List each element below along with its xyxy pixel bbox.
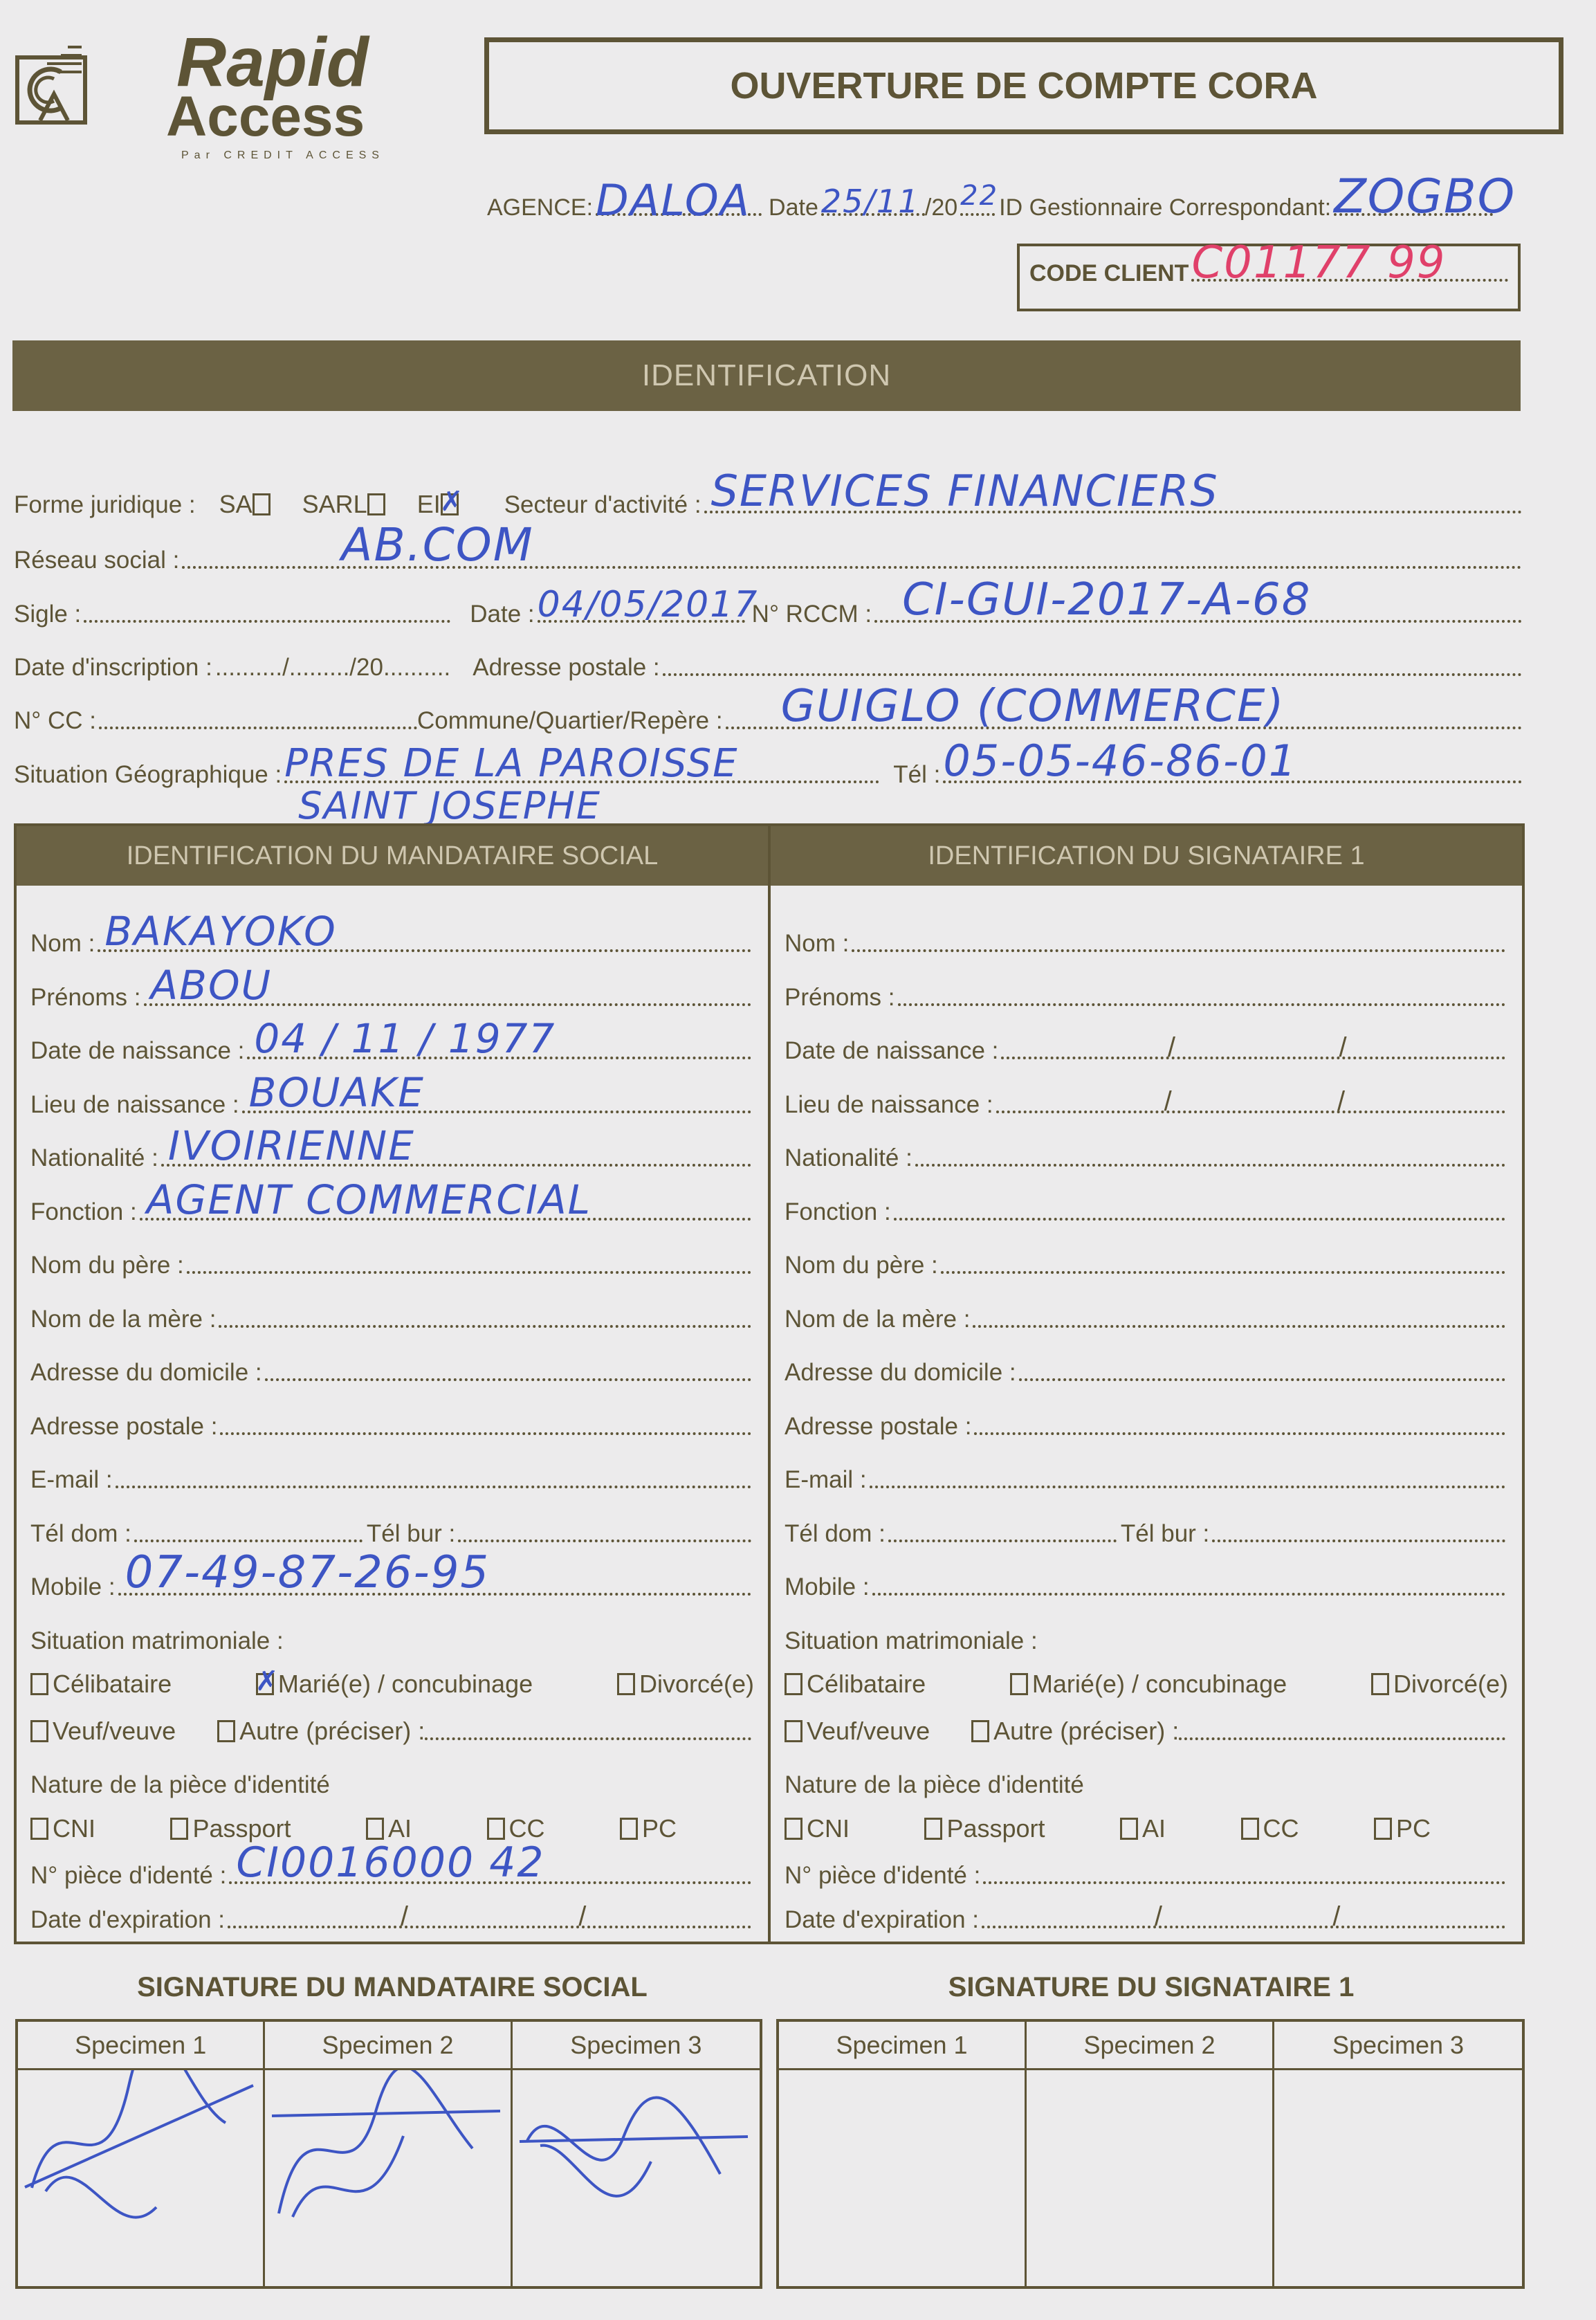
num-piece-field[interactable] [983,1881,1505,1890]
commune-field[interactable]: GUIGLO (COMMERCE) [726,727,1522,735]
mandataire-panel: IDENTIFICATION DU MANDATAIRE SOCIAL Nom … [14,823,771,1944]
specimen-header: Specimen 3 [1274,2022,1522,2070]
gestionnaire-field[interactable]: ZOGBO [1334,213,1493,221]
checkbox-icon [487,1818,505,1840]
piece-label: Nature de la pièce d'identité [30,1764,330,1799]
checkbox-icon [30,1720,48,1742]
field-row: Nom : [785,923,1505,958]
piece-checkbox[interactable]: CNI [30,1814,95,1843]
field-row: Adresse du domicile : [30,1352,751,1387]
field-row: Date de naissance :// [785,1030,1505,1065]
field-input[interactable] [1019,1378,1505,1387]
specimen-header: Specimen 1 [779,2022,1027,2070]
mobile-field[interactable] [872,1593,1505,1601]
checkbox-icon [1374,1818,1392,1840]
forme-sarl-checkbox[interactable]: SARL [302,490,389,519]
header-date-field[interactable]: 25/11 [821,213,925,221]
signature-cell[interactable] [779,2070,1027,2286]
matrimoniale-checkbox[interactable]: Divorcé(e) [617,1670,754,1699]
rccm-field[interactable]: CI-GUI-2017-A-68 [874,620,1522,628]
expiration-row: Date d'expiration :// [30,1899,751,1934]
agence-field[interactable]: DALOA [596,213,762,221]
num-piece-row: N° pièce d'identé : [785,1855,1505,1890]
checkbox-icon [30,1673,48,1695]
checkbox-icon [256,1673,274,1695]
signature-cell[interactable] [18,2070,265,2286]
field-row: Fonction : [785,1191,1505,1226]
signataire-panel: IDENTIFICATION DU SIGNATAIRE 1 Nom :Prén… [768,823,1525,1944]
field-input[interactable] [973,1325,1505,1333]
checkbox-icon [367,493,385,515]
situation-field[interactable]: PRES DE LA PAROISSESAINT JOSEPHE [284,780,879,789]
expiration-field[interactable]: // [228,1926,751,1934]
mandataire-signature-table: Specimen 1Specimen 2Specimen 3 [15,2019,762,2289]
matrimoniale-checkbox[interactable]: Veuf/veuve [785,1717,930,1746]
matrimoniale-checkbox[interactable]: Célibataire [30,1670,172,1699]
secteur-field[interactable]: SERVICES FINANCIERS [704,511,1522,519]
code-client-field[interactable]: C01177 99 [1191,279,1508,287]
sigle-date-field[interactable]: 04/05/2017 [538,620,745,628]
matrimoniale-checkbox[interactable]: Marié(e) / concubinage [1010,1670,1287,1699]
field-row: Date de naissance :04 / 11 / 1977 [30,1030,751,1065]
field-row: Nom :BAKAYOKO [30,923,751,958]
tel-bur-field[interactable] [1212,1540,1505,1548]
checkbox-icon [971,1720,989,1742]
reseau-social-row: Réseau social : AB.COM [14,540,1522,574]
piece-label: Nature de la pièce d'identité [785,1764,1084,1799]
checked-checkbox-icon [441,493,459,515]
forme-ei-checkbox[interactable]: EI [417,490,463,519]
brand-name-2: Access [166,89,365,145]
signature-cell[interactable] [1027,2070,1274,2286]
checkbox-icon [1120,1818,1138,1840]
code-client-box: CODE CLIENT C01177 99 [1017,244,1521,311]
signature-cell[interactable] [265,2070,512,2286]
handwritten-signature-icon [513,2070,762,2278]
field-input[interactable] [898,1003,1506,1012]
mobile-field[interactable]: 07-49-87-26-95 [118,1593,751,1601]
matrimoniale-checkbox[interactable]: Autre (préciser) : [217,1717,425,1746]
field-input[interactable]: // [1001,1057,1505,1065]
checkbox-icon [785,1818,802,1840]
field-input[interactable] [265,1378,751,1387]
field-row: Adresse postale : [785,1406,1505,1441]
field-input[interactable] [941,1271,1505,1279]
field-input[interactable] [852,949,1505,958]
checkbox-icon [785,1673,802,1695]
forme-sa-checkbox[interactable]: SA [219,490,275,519]
piece-checkbox[interactable]: Passport [924,1814,1045,1843]
handwritten-signature-icon [265,2070,514,2278]
field-input[interactable] [187,1271,751,1279]
matrimoniale-label: Situation matrimoniale : [785,1620,1038,1655]
checkbox-icon [217,1720,235,1742]
checkbox-icon [1371,1673,1389,1695]
specimen-header: Specimen 1 [18,2022,265,2070]
checkbox-icon [30,1818,48,1840]
mobile-row: Mobile : [785,1567,1505,1601]
checkbox-icon [785,1720,802,1742]
mobile-row: Mobile :07-49-87-26-95 [30,1567,751,1601]
handwritten-signature-icon [18,2070,267,2278]
sigle-row: Sigle : Date : 04/05/2017 N° RCCM : CI-G… [14,594,1522,628]
field-row: Nom du père : [30,1245,751,1279]
inscription-row: Date d'inscription : ........../........… [14,647,1522,682]
matrimoniale-checkbox[interactable]: Veuf/veuve [30,1717,176,1746]
document-title-text: OUVERTURE DE COMPTE CORA [730,64,1317,107]
checkbox-icon [1241,1818,1259,1840]
piece-checkbox[interactable]: PC [620,1814,677,1843]
autre-field[interactable] [1179,1737,1505,1746]
checkbox-icon [924,1818,942,1840]
header-year-field[interactable]: 22 [960,213,995,221]
header-info-row: AGENCE: DALOA Date 25/11 /20 22 ID Gesti… [487,173,1566,221]
field-input[interactable]: // [996,1111,1505,1119]
field-input[interactable] [974,1432,1505,1441]
speed-lines-icon [47,40,82,79]
signature-mandataire-title: SIGNATURE DU MANDATAIRE SOCIAL [14,1972,771,2003]
specimen-header: Specimen 2 [265,2022,512,2070]
ncc-field[interactable] [99,727,417,735]
autre-field[interactable] [425,1737,751,1746]
field-row: Prénoms : [785,977,1505,1012]
checkbox-icon [253,493,270,515]
field-input[interactable]: 04 / 11 / 1977 [247,1057,751,1065]
checkbox-icon [170,1818,188,1840]
signataire-signature-table: Specimen 1Specimen 2Specimen 3 [776,2019,1525,2289]
checkbox-icon [620,1818,638,1840]
piece-checkbox[interactable]: CC [1241,1814,1299,1843]
tel-bur-field[interactable] [458,1540,751,1548]
inscription-date-field[interactable]: ........../........./20.......... [215,654,453,682]
matrimoniale-checkbox[interactable]: Divorcé(e) [1371,1670,1508,1699]
situation-row: Situation Géographique : PRES DE LA PARO… [14,754,1522,789]
expiration-row: Date d'expiration :// [785,1899,1505,1934]
field-row: E-mail : [30,1459,751,1494]
field-row: Prénoms :ABOU [30,977,751,1012]
piece-checkbox[interactable]: CNI [785,1814,850,1843]
num-piece-field[interactable]: CI0016000 42 [229,1881,751,1890]
field-input[interactable]: ABOU [144,1003,752,1012]
field-input[interactable] [219,1325,751,1333]
forme-juridique-row: Forme juridique : SA SARL EI Secteur d'a… [14,484,1522,519]
piece-checkbox[interactable]: PC [1374,1814,1431,1843]
specimen-header: Specimen 3 [513,2022,760,2070]
tel-dom-field[interactable] [888,1540,1117,1548]
checkbox-icon [1010,1673,1028,1695]
field-input[interactable]: IVOIRIENNE [161,1164,751,1172]
signature-cell[interactable] [1274,2070,1522,2286]
field-row: Nationalité :IVOIRIENNE [30,1138,751,1172]
field-row: Lieu de naissance :BOUAKE [30,1084,751,1119]
checkbox-icon [617,1673,635,1695]
field-row: Nationalité : [785,1138,1505,1172]
field-input[interactable]: AGENT COMMERCIAL [140,1218,751,1226]
matrimoniale-label: Situation matrimoniale : [30,1620,284,1655]
num-piece-row: N° pièce d'identé :CI0016000 42 [30,1855,751,1890]
field-row: Adresse postale : [30,1406,751,1441]
field-input[interactable] [870,1486,1505,1494]
brand-tagline: Par CREDIT ACCESS [181,149,385,162]
signature-cell[interactable] [513,2070,760,2286]
reseau-social-field[interactable]: AB.COM [182,566,1522,574]
sigle-field[interactable] [84,620,450,628]
tel-row: Tél dom :Tél bur : [785,1513,1505,1548]
specimen-header: Specimen 2 [1027,2022,1274,2070]
field-input[interactable]: BOUAKE [242,1111,751,1119]
tel-dom-field[interactable] [134,1540,363,1548]
checkbox-icon [366,1818,384,1840]
signataire-panel-title: IDENTIFICATION DU SIGNATAIRE 1 [771,826,1522,886]
field-row: E-mail : [785,1459,1505,1494]
tel-row: Tél dom :Tél bur : [30,1513,751,1548]
field-row: Nom de la mère : [785,1299,1505,1333]
field-row: Nom de la mère : [30,1299,751,1333]
ncc-row: N° CC : Commune/Quartier/Repère : GUIGLO… [14,700,1522,735]
field-row: Nom du père : [785,1245,1505,1279]
matrimoniale-checkbox[interactable]: Marié(e) / concubinage [256,1670,533,1699]
field-row: Fonction :AGENT COMMERCIAL [30,1191,751,1226]
identification-band: IDENTIFICATION [12,340,1521,411]
tel-field[interactable]: 05-05-46-86-01 [943,780,1522,789]
field-row: Adresse du domicile : [785,1352,1505,1387]
matrimoniale-checkbox[interactable]: Autre (préciser) : [971,1717,1179,1746]
field-input[interactable] [116,1486,751,1494]
field-input[interactable] [220,1432,751,1441]
piece-checkbox[interactable]: AI [1120,1814,1166,1843]
document-title: OUVERTURE DE COMPTE CORA [484,37,1563,134]
field-input[interactable] [915,1164,1505,1172]
matrimoniale-checkbox[interactable]: Célibataire [785,1670,926,1699]
expiration-field[interactable]: // [982,1926,1505,1934]
field-input[interactable]: BAKAYOKO [98,949,751,958]
mandataire-panel-title: IDENTIFICATION DU MANDATAIRE SOCIAL [17,826,768,886]
field-row: Lieu de naissance :// [785,1084,1505,1119]
field-input[interactable] [894,1218,1505,1226]
signature-signataire-title: SIGNATURE DU SIGNATAIRE 1 [778,1972,1525,2003]
